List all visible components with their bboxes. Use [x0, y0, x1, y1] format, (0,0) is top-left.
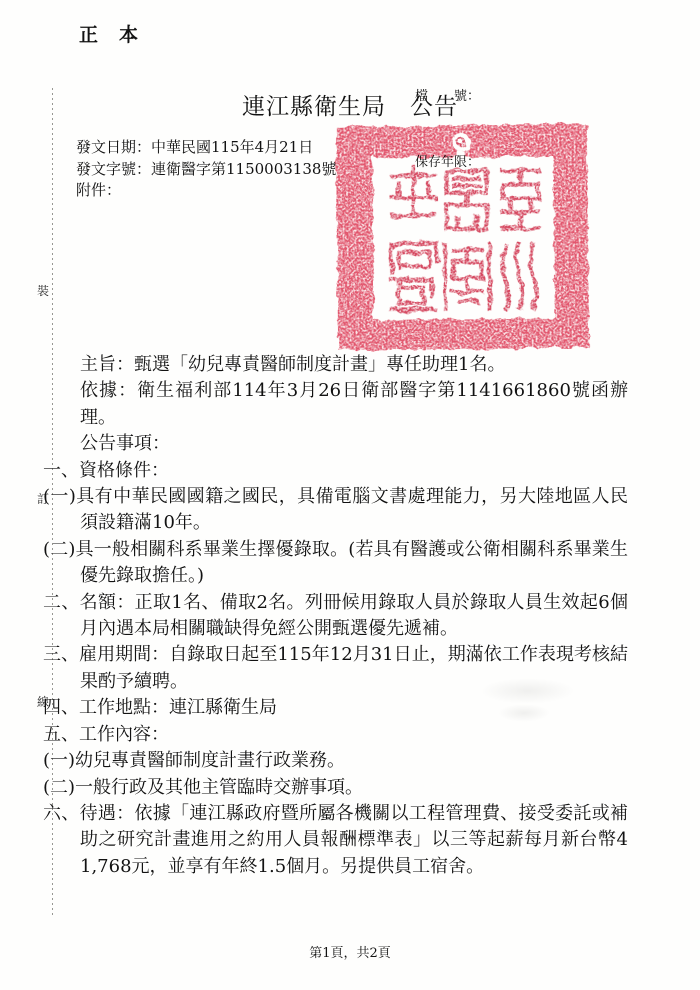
doc-number-line: 發文字號：連衛醫字第1150003138號 [76, 159, 336, 181]
subject-line: 主旨：甄選「幼兒專責醫師制度計畫」專任助理1名。 [80, 352, 628, 378]
binding-mark-zhuang: 裝 [37, 282, 49, 299]
item-1-qualifications: 一、資格條件： [80, 458, 628, 484]
document-meta: 發文日期：中華民國115年4月21日 發文字號：連衛醫字第1150003138號… [76, 137, 336, 202]
announcement-body: 主旨：甄選「幼兒專責醫師制度計畫」專任助理1名。 依據：衛生福利部114年3月2… [80, 352, 628, 880]
document-title: 連江縣衛生局 公告 [0, 88, 700, 121]
item-5-sub-2: (二)一般行政及其他主管臨時交辦事項。 [80, 775, 628, 801]
scan-smudge [480, 678, 575, 704]
announcement-items-heading: 公告事項： [80, 431, 628, 457]
item-2-quota: 二、名額：正取1名、備取2名。列冊候用錄取人員於錄取人員生效起6個月內遇本局相關… [80, 590, 628, 643]
item-1-sub-1: (一)具有中華民國國籍之國民，具備電腦文書處理能力，另大陸地區人民須設籍滿10年… [80, 484, 628, 537]
seal-graphic [332, 120, 593, 356]
legal-basis-line: 依據：衛生福利部114年3月26日衛部醫字第1141661860號函辦理。 [80, 378, 628, 431]
scanned-document-page: 正 本 檔 號： 保存年限： 連江縣衛生局 公告 發文日期：中華民國115年4月… [0, 0, 700, 990]
item-5-sub-1: (一)幼兒專責醫師制度計畫行政業務。 [80, 748, 628, 774]
page-footer: 第1頁，共2頁 [0, 942, 700, 961]
attachment-line: 附件： [76, 180, 336, 202]
copy-type-label: 正 本 [79, 20, 139, 47]
item-5-work-content: 五、工作內容： [80, 722, 628, 748]
issue-date-line: 發文日期：中華民國115年4月21日 [76, 137, 336, 159]
item-1-sub-2: (二)具一般相關科系畢業生擇優錄取。(若具有醫護或公衛相關科系畢業生優先錄取擔任… [80, 537, 628, 590]
seal-speckle-texture [332, 120, 593, 356]
official-seal-stamp: 連江縣衛生局印 [332, 120, 593, 356]
scan-smudge [498, 704, 550, 722]
item-6-compensation: 六、待遇：依據「連江縣政府暨所屬各機關以工程管理費、接受委託或補助之研究計畫進用… [80, 801, 628, 880]
